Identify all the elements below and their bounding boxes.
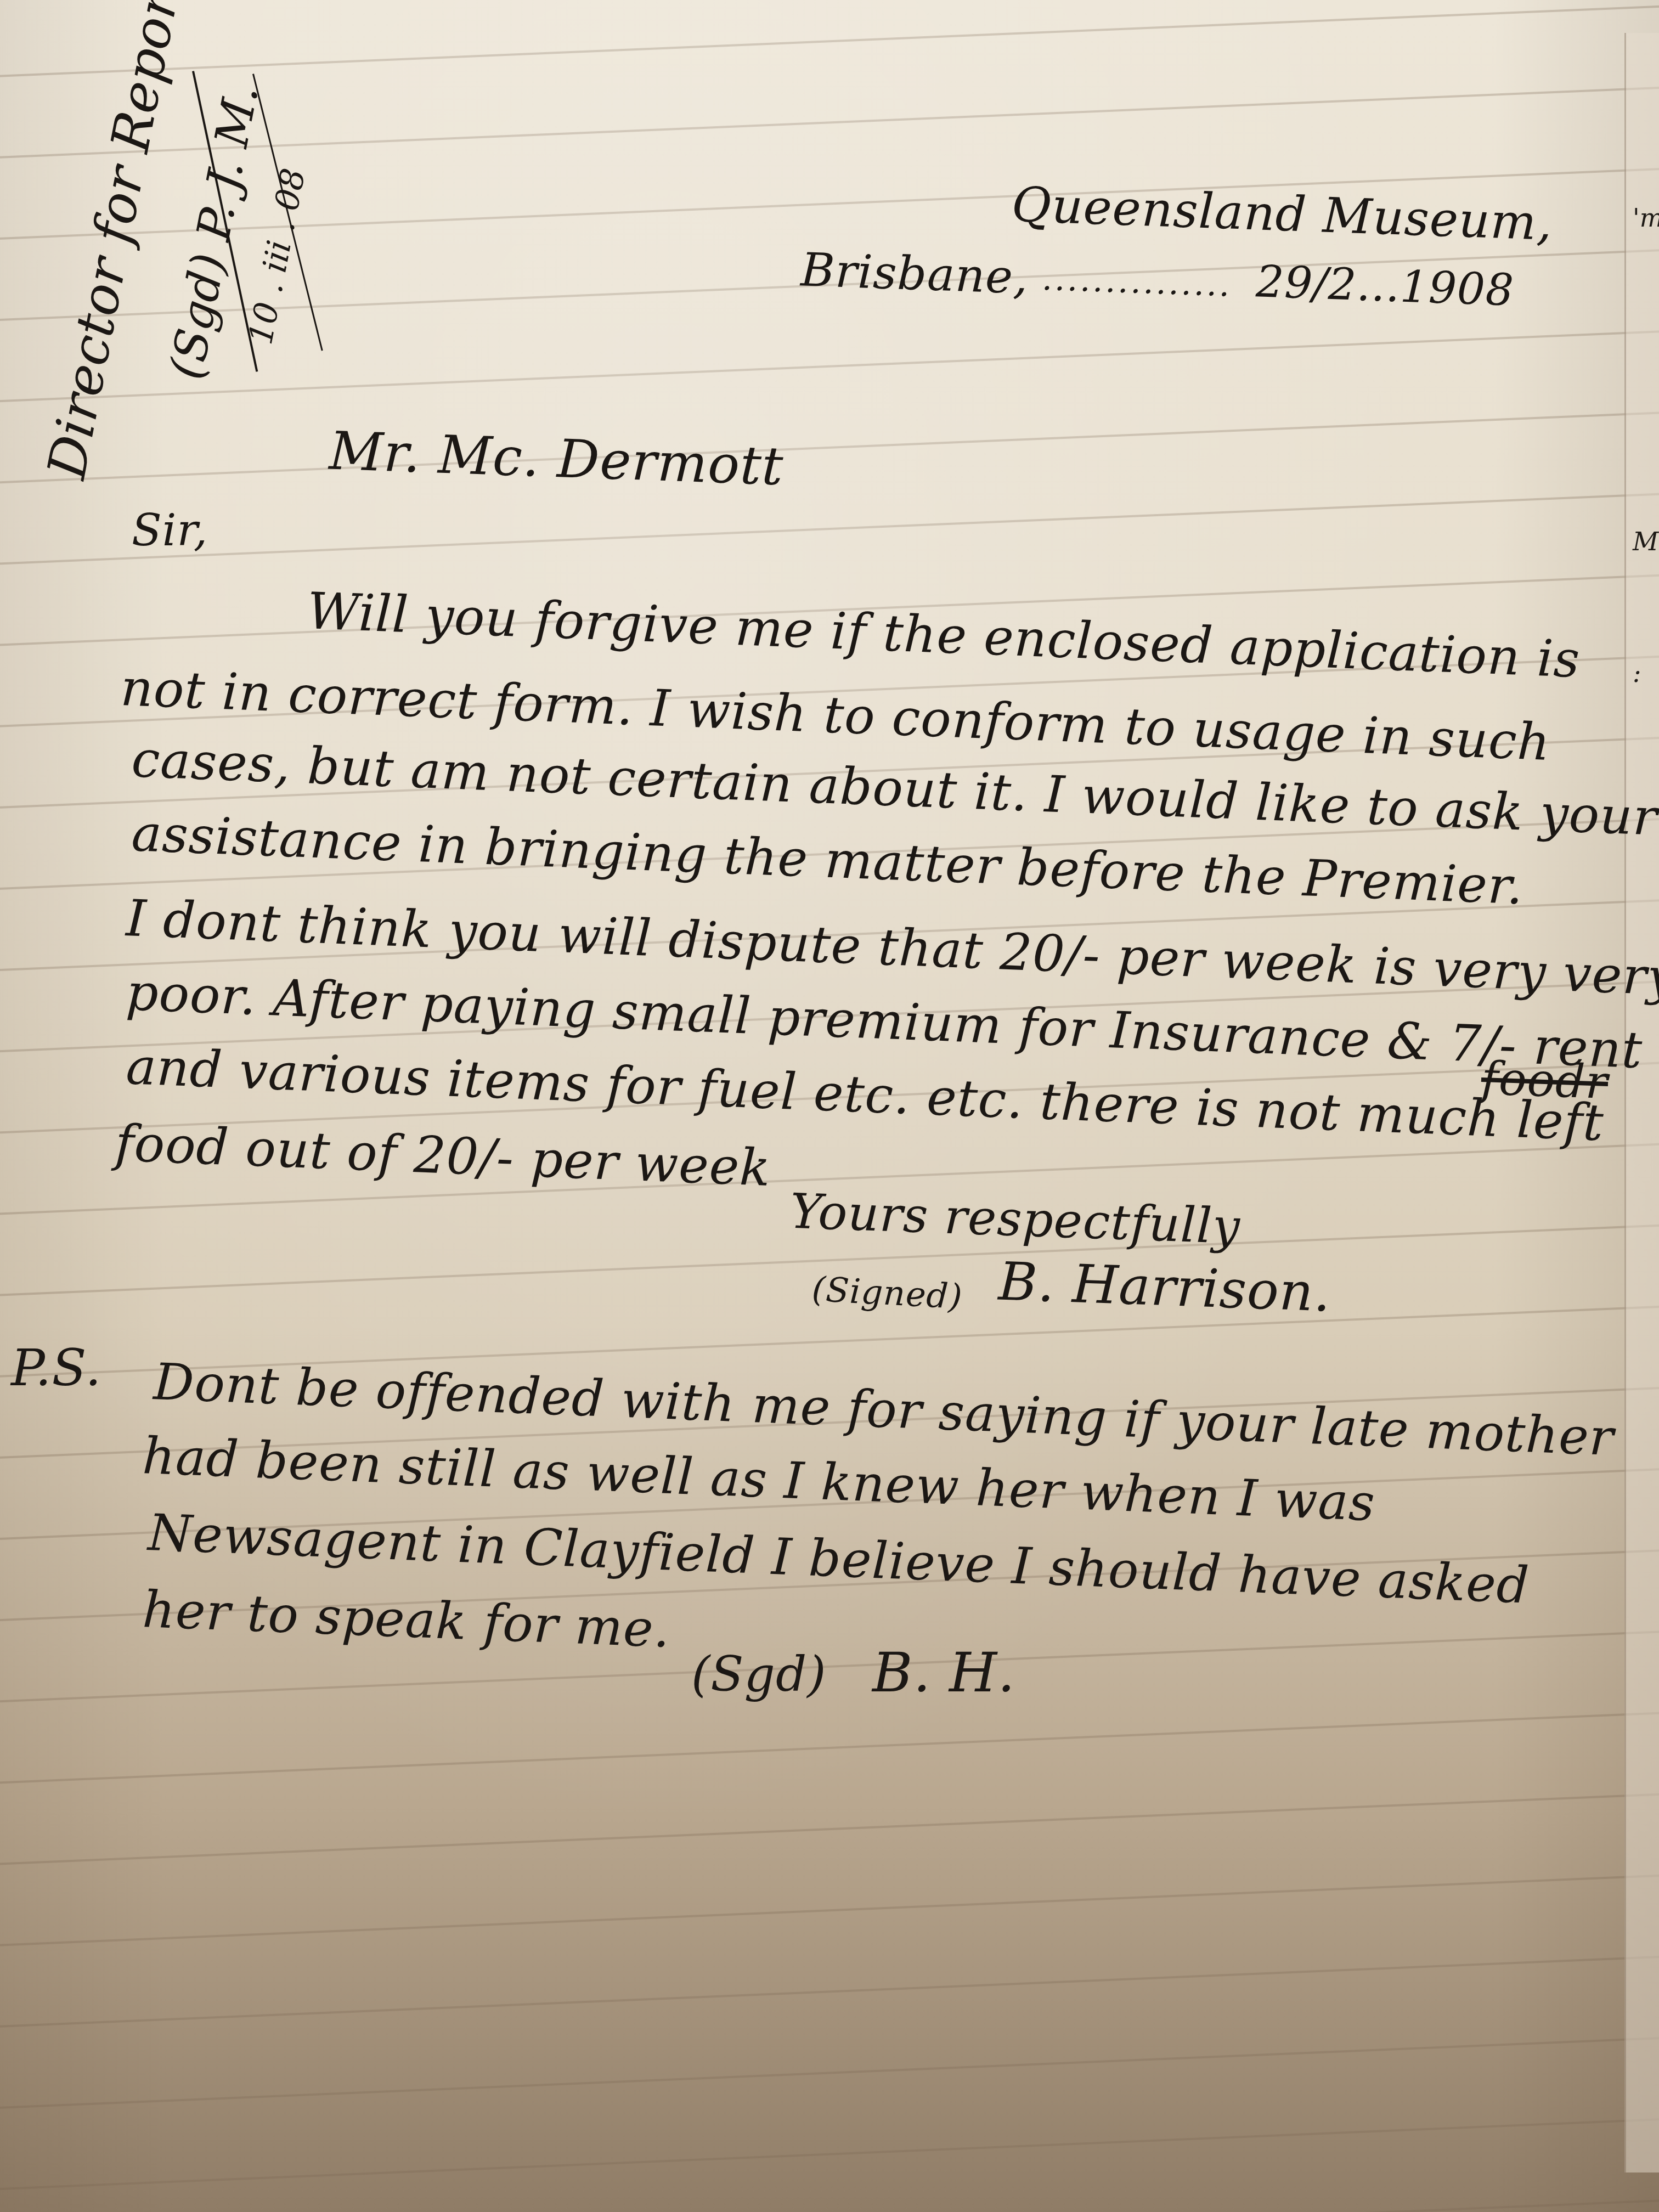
- adjacent-sheet-fragment: :: [1633, 658, 1641, 688]
- valediction: Yours respectfully: [789, 1183, 1241, 1255]
- adjacent-sheet-edge: 'm M :: [1624, 33, 1659, 2172]
- institution-name: Queensland Museum,: [1011, 176, 1554, 251]
- body-line-8: food out of 20/- per week: [114, 1114, 772, 1198]
- greeting: Sir,: [132, 505, 208, 556]
- margin-note-director: Director for Report: [36, 0, 194, 483]
- place-name: Brisbane,: [800, 242, 1029, 304]
- postscript-initials: B. H.: [872, 1640, 1015, 1705]
- postscript-label: P.S.: [11, 1339, 102, 1397]
- margin-note-date: 10 . iii . 08: [241, 165, 313, 347]
- date-leader-dots: ...............: [1041, 259, 1232, 304]
- adjacent-sheet-fragment: 'm: [1633, 203, 1659, 233]
- postscript-line-4: her to speak for me.: [142, 1580, 672, 1659]
- signature: B. Harrison.: [997, 1250, 1332, 1323]
- signed-label: (Signed): [811, 1269, 963, 1317]
- postscript-signed-label: (Sgd): [691, 1646, 827, 1702]
- letterhead: Queensland Museum, Brisbane, ...........…: [798, 168, 1517, 374]
- margin-annotation: Director for Report (Sgd) P. J. M. 10 . …: [11, 22, 318, 505]
- addressee: Mr. Mc. Dermott: [328, 420, 785, 498]
- struck-out-word: foodr: [1480, 1051, 1609, 1109]
- letter-date: 29/2...1908: [1255, 256, 1515, 315]
- adjacent-sheet-fragment: M: [1633, 527, 1658, 556]
